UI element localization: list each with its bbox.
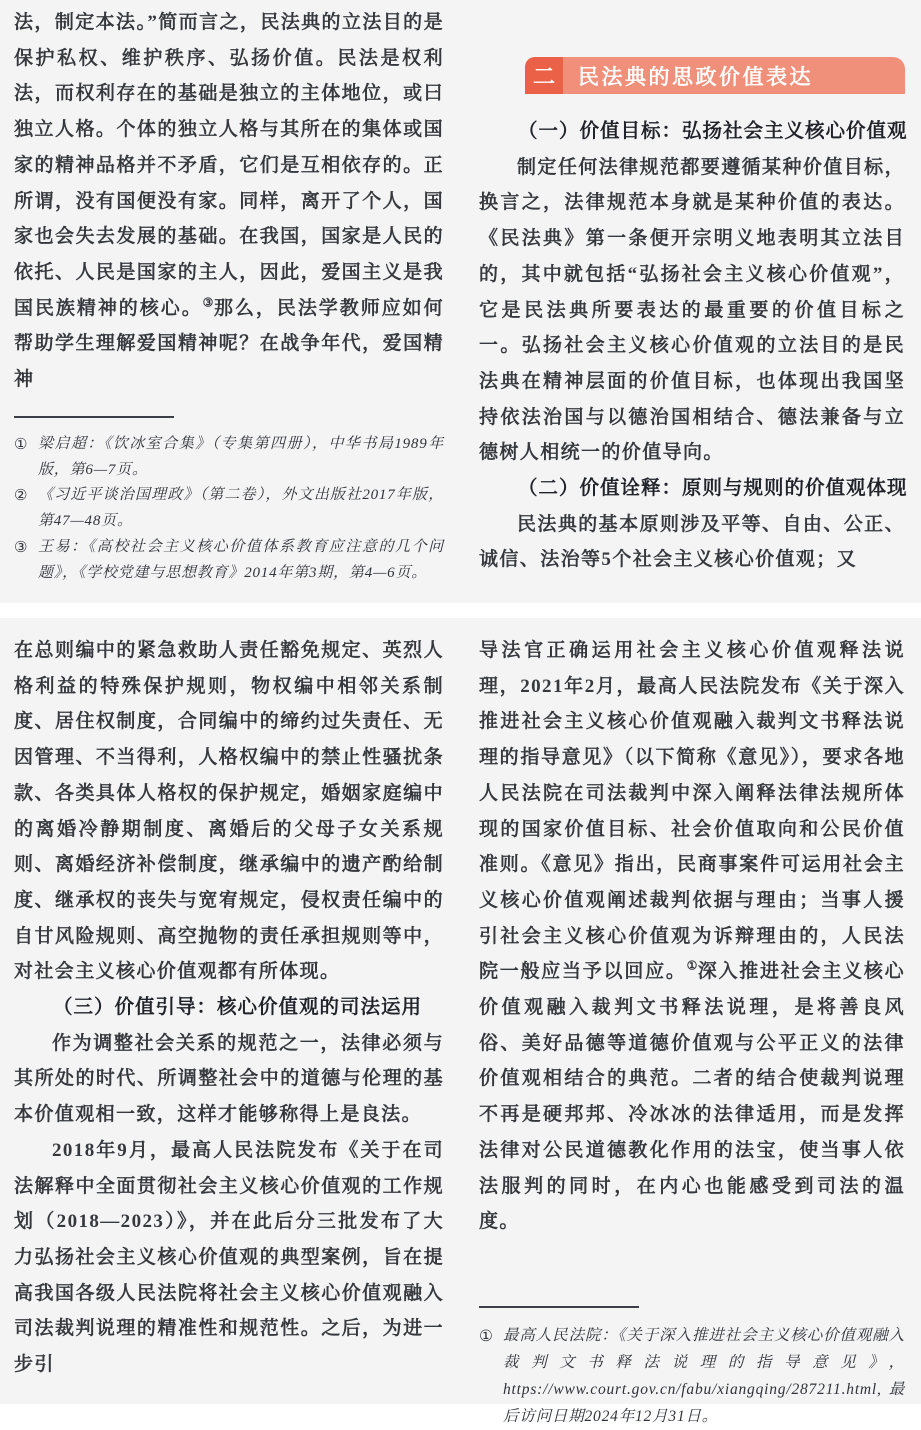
footnote-list: ① 最高人民法院：《关于深入推进社会主义核心价值观融入裁判文书释法说理的指导意见…	[479, 1322, 905, 1430]
footnote-text: 最高人民法院：《关于深入推进社会主义核心价值观融入裁判文书释法说理的指导意见》，…	[503, 1322, 905, 1430]
footnote-text: 《习近平谈治国理政》（第二卷），外文出版社2017年版，第47—48页。	[38, 483, 444, 535]
footnote-list: ① 梁启超：《饮冰室合集》（专集第四册），中华书局1989年版，第6—7页。 ②…	[14, 432, 444, 587]
paragraph-continued: 在总则编中的紧急救助人责任豁免规定、英烈人格利益的特殊保护规则，物权编中相邻关系…	[14, 633, 444, 990]
footnote-ref-3: ③	[203, 295, 214, 309]
section-title: 民法典的思政价值表达	[563, 57, 813, 94]
footnote-item: ① 最高人民法院：《关于深入推进社会主义核心价值观融入裁判文书释法说理的指导意见…	[479, 1322, 905, 1430]
paragraph-continued: 导法官正确运用社会主义核心价值观释法说理，2021年2月，最高人民法院发布《关于…	[479, 633, 905, 1240]
footnote-marker: ①	[14, 432, 38, 484]
top-right-column: 二 民法典的思政价值表达 （一）价值目标：弘扬社会主义核心价值观 制定任何法律规…	[479, 0, 905, 578]
paragraph: 制定任何法律规范都要遵循某种价值目标，换言之，法律规范本身就是某种价值的表达。《…	[479, 150, 905, 471]
section-banner: 二 民法典的思政价值表达	[525, 57, 905, 94]
subsection-heading-2: （二）价值诠释：原则与规则的价值观体现	[479, 471, 905, 507]
footnote-item: ① 梁启超：《饮冰室合集》（专集第四册），中华书局1989年版，第6—7页。	[14, 432, 444, 484]
footnote-item: ③ 王易：《高校社会主义核心价值体系教育应注意的几个问题》，《学校党建与思想教育…	[14, 535, 444, 587]
bottom-left-column: 在总则编中的紧急救助人责任豁免规定、英烈人格利益的特殊保护规则，物权编中相邻关系…	[14, 618, 444, 1383]
footnote-divider	[479, 1306, 639, 1308]
footnote-item: ② 《习近平谈治国理政》（第二卷），外文出版社2017年版，第47—48页。	[14, 483, 444, 535]
footnote-marker: ②	[14, 483, 38, 535]
footnote-marker: ③	[14, 535, 38, 587]
footnote-text: 王易：《高校社会主义核心价值体系教育应注意的几个问题》，《学校党建与思想教育》2…	[38, 535, 444, 587]
paragraph-text: 法，制定本法。”简而言之，民法典的立法目的是保护私权、维护秩序、弘扬价值。民法是…	[14, 12, 444, 319]
footnote-marker: ①	[479, 1322, 503, 1430]
paragraph: 民法典的基本原则涉及平等、自由、公正、诚信、法治等5个社会主义核心价值观；又	[479, 507, 905, 578]
paragraph-text: 导法官正确运用社会主义核心价值观释法说理，2021年2月，最高人民法院发布《关于…	[479, 640, 905, 982]
top-left-column: 法，制定本法。”简而言之，民法典的立法目的是保护私权、维护秩序、弘扬价值。民法是…	[14, 0, 444, 587]
bottom-section: 在总则编中的紧急救助人责任豁免规定、英烈人格利益的特殊保护规则，物权编中相邻关系…	[0, 618, 921, 1404]
paragraph-continued: 法，制定本法。”简而言之，民法典的立法目的是保护私权、维护秩序、弘扬价值。民法是…	[14, 5, 444, 398]
paragraph: 2018年9月，最高人民法院发布《关于在司法解释中全面贯彻社会主义核心价值观的工…	[14, 1133, 444, 1383]
paragraph: 作为调整社会关系的规范之一，法律必须与其所处的时代、所调整社会中的道德与伦理的基…	[14, 1026, 444, 1133]
document-page: 法，制定本法。”简而言之，民法典的立法目的是保护私权、维护秩序、弘扬价值。民法是…	[0, 0, 921, 1404]
subsection-heading-1: （一）价值目标：弘扬社会主义核心价值观	[479, 114, 905, 150]
footnote-text: 梁启超：《饮冰室合集》（专集第四册），中华书局1989年版，第6—7页。	[38, 432, 444, 484]
footnote-divider	[14, 416, 174, 418]
section-number-badge: 二	[525, 57, 563, 94]
bottom-right-column: 导法官正确运用社会主义核心价值观释法说理，2021年2月，最高人民法院发布《关于…	[479, 618, 905, 1430]
paragraph-text: 深入推进社会主义核心价值观融入裁判文书释法说理，是将善良风俗、美好品德等道德价值…	[479, 961, 905, 1232]
footnote-ref-1: ①	[687, 959, 698, 973]
subsection-heading-3: （三）价值引导：核心价值观的司法运用	[14, 990, 444, 1026]
top-section: 法，制定本法。”简而言之，民法典的立法目的是保护私权、维护秩序、弘扬价值。民法是…	[0, 0, 921, 603]
